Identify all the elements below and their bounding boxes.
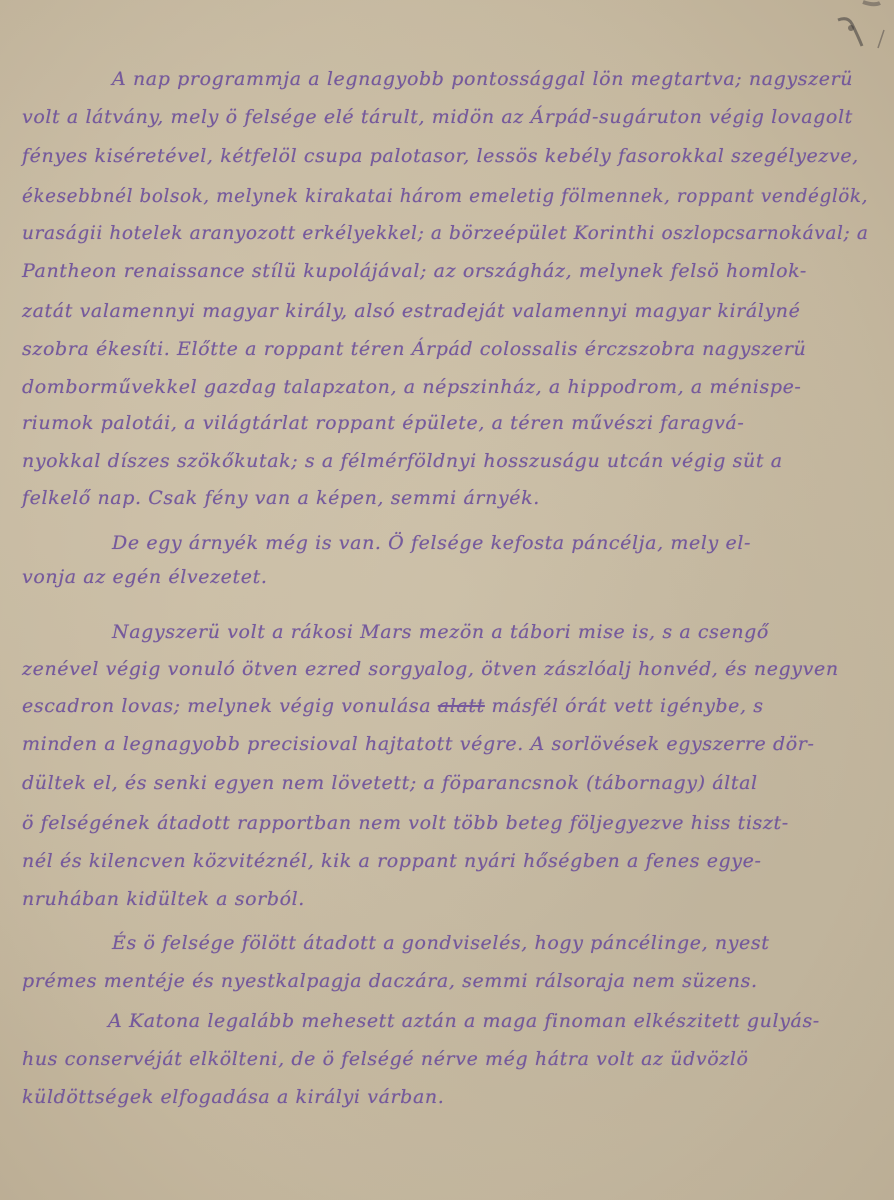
text-line: nél és kilencven közvitéznél, kik a ropp… xyxy=(22,850,762,872)
text-line: riumok palotái, a világtárlat roppant ép… xyxy=(22,412,744,434)
text-line: De egy árnyék még is van. Ö felsége kefo… xyxy=(112,532,751,554)
struck-word: alatt xyxy=(438,695,485,717)
text-line: hus conservéját elkölteni, de ö felségé … xyxy=(22,1048,749,1070)
text-line: domborművekkel gazdag talapzaton, a néps… xyxy=(22,376,801,398)
manuscript-page: A nap programmja a legnagyobb pontosságg… xyxy=(0,0,894,1200)
text-line: És ö felsége fölött átadott a gondviselé… xyxy=(112,932,769,954)
text-line: escadron lovas; melynek végig vonulása a… xyxy=(22,695,764,717)
text-line: zatát valamennyi magyar király, alsó est… xyxy=(22,300,801,322)
text-line: ékesebbnél bolsok, melynek kirakatai hár… xyxy=(22,185,868,207)
text-line: ö felségének átadott rapportban nem volt… xyxy=(22,812,789,834)
text-line: Pantheon renaissance stílü kupolájával; … xyxy=(22,260,807,282)
text-line: nruhában kidültek a sorból. xyxy=(22,888,305,910)
text-line: zenével végig vonuló ötven ezred sorgyal… xyxy=(22,658,839,680)
text-line: Nagyszerü volt a rákosi Mars mezön a táb… xyxy=(112,621,769,643)
text-line: minden a legnagyobb precisioval hajtatot… xyxy=(22,733,815,755)
text-line: dültek el, és senki egyen nem lövetett; … xyxy=(22,772,758,794)
text-line: uraságii hotelek aranyozott erkélyekkel;… xyxy=(22,222,868,244)
text-line: volt a látvány, mely ö felsége elé tárul… xyxy=(22,106,853,128)
text-line: A Katona legalább mehesett aztán a maga … xyxy=(108,1010,820,1032)
manuscript-text: A nap programmja a legnagyobb pontosságg… xyxy=(0,0,894,1200)
text-line: küldöttségek elfogadása a királyi várban… xyxy=(22,1086,444,1108)
text-line: prémes mentéje és nyestkalpagja daczára,… xyxy=(22,970,758,992)
text-line: nyokkal díszes szökőkutak; s a félmérföl… xyxy=(22,450,783,472)
text-line: vonja az egén élvezetet. xyxy=(22,566,267,588)
text-line: szobra ékesíti. Előtte a roppant téren Á… xyxy=(22,338,806,360)
text-line: fényes kiséretével, kétfelöl csupa palot… xyxy=(22,145,859,167)
text-line: A nap programmja a legnagyobb pontosságg… xyxy=(112,68,853,90)
text-line: felkelő nap. Csak fény van a képen, semm… xyxy=(22,487,540,509)
